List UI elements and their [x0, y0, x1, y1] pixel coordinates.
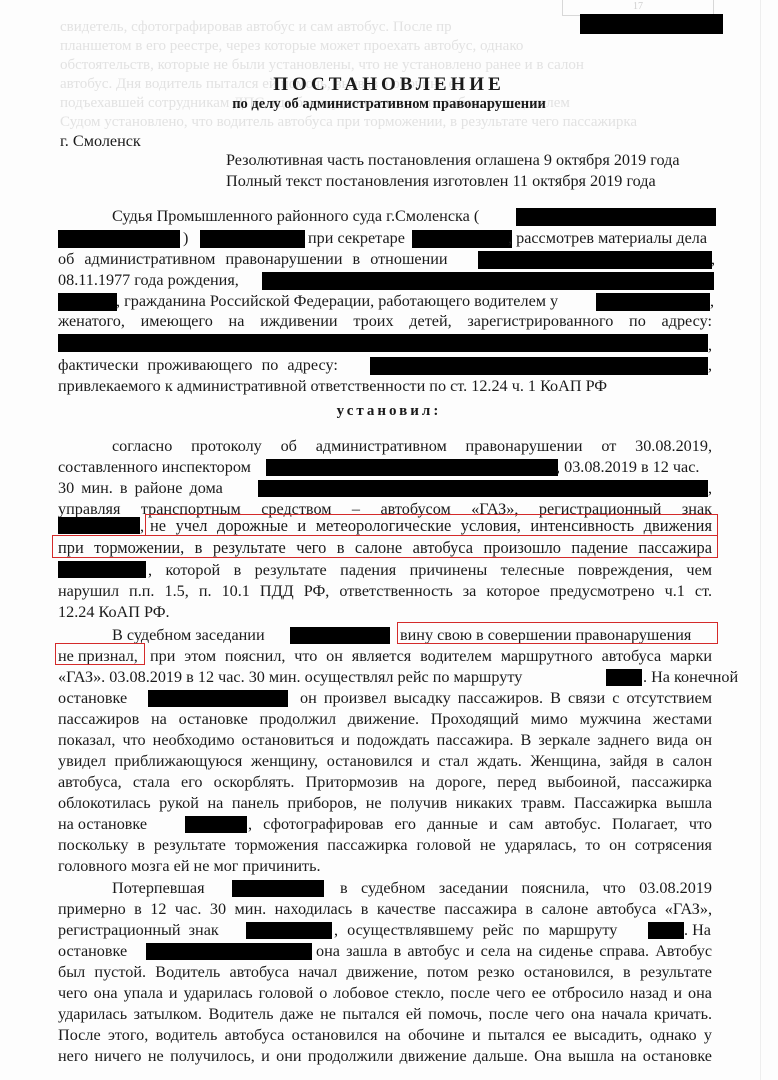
redaction-block [58, 334, 708, 352]
redaction-block [370, 357, 708, 375]
intro-line: ) [183, 228, 188, 248]
body-line: , которой в результате падения причинены… [148, 560, 712, 580]
body-line: согласно протоколу об административном п… [112, 436, 712, 456]
highlight-box [52, 535, 718, 558]
body-line: , сфотографировав его данные и сам автоб… [248, 814, 712, 834]
intro-line: , [708, 335, 712, 355]
intro-line: , [708, 355, 712, 375]
body-line: в судебном заседании пояснила, что 03.08… [340, 878, 712, 898]
redaction-block [596, 293, 710, 311]
body-line: , осуществлявшему рейс по маршруту [334, 920, 617, 940]
redaction-block [478, 251, 712, 269]
redaction-block [412, 230, 512, 248]
body-line: «ГАЗ». 03.08.2019 в 12 час. 30 мин. осущ… [58, 667, 522, 687]
body-line: нарушил п.п. 1.5, п. 10.1 ПДД РФ, ответс… [58, 581, 712, 601]
redaction-block [200, 230, 305, 248]
body-line: автобуса, стала его оскорблять. Притормо… [58, 772, 712, 792]
redaction-block [516, 208, 716, 226]
redaction-block [58, 517, 140, 534]
document-page: свидетель, сфотографировав автобус и сам… [0, 0, 778, 1080]
body-line: был пустой. Водитель автобуса начал движ… [58, 962, 712, 982]
intro-line: при секретаре [308, 228, 405, 248]
highlight-box [397, 622, 718, 644]
body-line: , [708, 478, 712, 498]
body-line: поскольку в результате торможения пассаж… [58, 835, 712, 855]
redaction-block [258, 480, 708, 497]
redaction-block [148, 690, 288, 707]
body-line: облокотилась рукой на панель приборов, н… [58, 793, 712, 813]
body-line: ударилась затылком. Водитель даже не пыт… [58, 1004, 712, 1024]
body-line: В судебном заседании [112, 625, 265, 645]
announce-line-2: Полный текст постановления изготовлен 11… [226, 171, 656, 191]
body-line: Потерпевшая [112, 878, 205, 898]
intro-line: , [711, 249, 715, 269]
intro-line: , рассмотрев материалы дела [508, 228, 707, 248]
body-line: 30 мин. в районе дома [58, 478, 223, 498]
redaction-block [290, 627, 390, 644]
body-line: После этого, водитель автобуса остановил… [58, 1025, 712, 1045]
intro-line: привлекаемого к административной ответст… [58, 376, 607, 396]
redaction-block [262, 272, 714, 290]
redaction-block [648, 922, 684, 939]
section-heading: установил: [0, 403, 778, 420]
intro-line: 08.11.1977 года рождения, [58, 270, 239, 290]
body-line: при этом пояснил, что он является водите… [150, 646, 712, 666]
redaction-block [185, 816, 247, 833]
body-line: чего она упала и ударилась головой о лоб… [58, 983, 712, 1003]
redaction-block [58, 561, 146, 578]
intro-line: Судья Промышленного районного суда г.Смо… [112, 206, 479, 226]
body-line: 12.24 КоАП РФ. [58, 602, 170, 622]
redaction-block [266, 459, 558, 476]
redaction-block [146, 943, 312, 960]
redaction-block [580, 14, 723, 34]
intro-line: фактически проживающего по адресу: [58, 355, 368, 375]
body-line: . На [684, 920, 711, 940]
redaction-block [58, 293, 117, 311]
redaction-block [606, 669, 642, 686]
highlight-box [145, 514, 718, 536]
announce-line-1: Резолютивная часть постановления оглашен… [226, 150, 680, 170]
body-line: увидел приближающуюся женщину, остановил… [58, 751, 712, 771]
body-line: показал, что необходимо остановиться и п… [58, 730, 712, 750]
page-edge [760, 0, 761, 1080]
body-line: , [140, 516, 144, 536]
body-line: на остановке [58, 814, 147, 834]
intro-line: об административном правонарушении в отн… [58, 249, 478, 269]
intro-line: женатого, имеющего на иждивении троих де… [58, 311, 712, 331]
body-line: остановке [58, 688, 127, 708]
body-line: регистрационный знак [58, 920, 219, 940]
body-line: . На конечной [643, 667, 738, 687]
intro-line: , [710, 291, 714, 311]
body-line: головного мозга ей не мог причинить. [58, 856, 321, 876]
highlight-box [55, 643, 145, 665]
body-line: она зашла в автобус и села на сиденье сп… [316, 941, 712, 961]
body-line: него ничего не получилось, и они продолж… [58, 1046, 712, 1066]
city: г. Смоленск [60, 131, 141, 151]
body-line: он произвел высадку пассажиров. В связи … [300, 688, 712, 708]
redaction-block [246, 922, 332, 939]
document-subtitle: по делу об административном правонарушен… [0, 96, 778, 113]
body-line: остановке [58, 941, 127, 961]
body-line: пассажиров на остановке продолжил движен… [58, 709, 712, 729]
body-line: составленного инспектором [58, 457, 251, 477]
redaction-block [232, 880, 324, 897]
document-title: ПОСТАНОВЛЕНИЕ [0, 74, 778, 96]
redaction-block [58, 230, 180, 248]
body-line: примерно в 12 час. 30 мин. находилась в … [58, 899, 712, 919]
body-line: , 03.08.2019 в 12 час. [556, 457, 699, 477]
intro-line: , гражданина Российской Федерации, работ… [116, 291, 558, 311]
